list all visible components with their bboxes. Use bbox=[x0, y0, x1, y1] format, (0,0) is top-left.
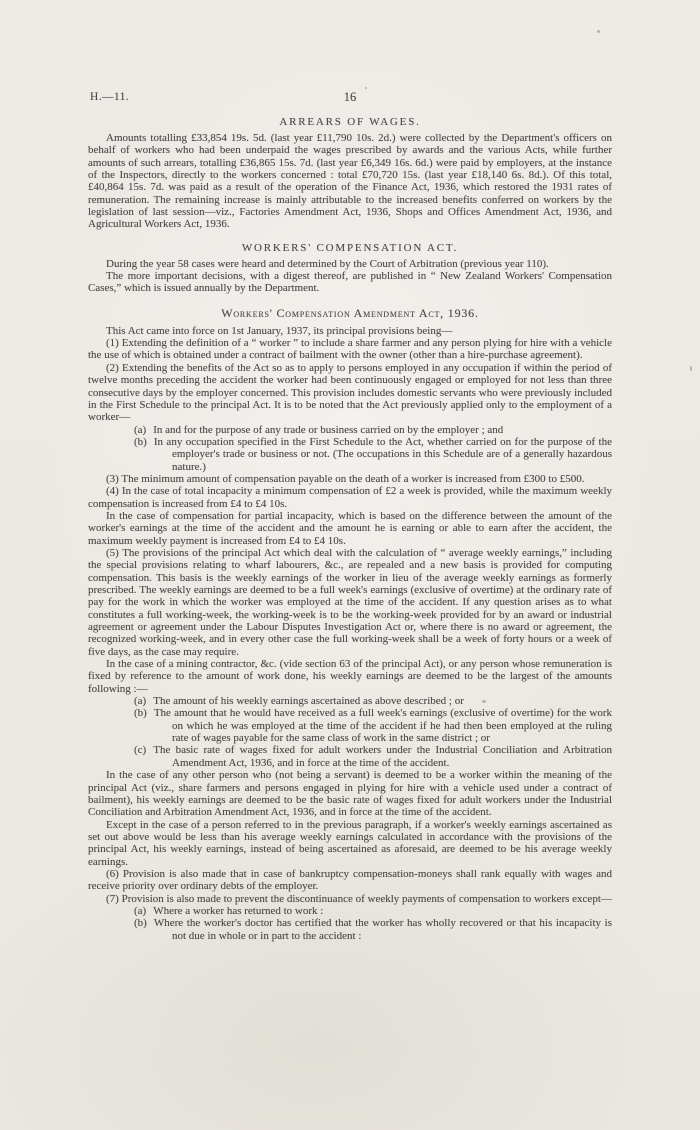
paragraph-provision-7: (7) Provision is also made to prevent th… bbox=[88, 893, 612, 905]
list-item-text: Where a worker has returned to work : bbox=[153, 905, 323, 917]
paragraph-mining-contractor: In the case of a mining contractor, &c. … bbox=[88, 658, 612, 695]
list-item: (a)In and for the purpose of any trade o… bbox=[88, 424, 612, 436]
paragraph-provision-3: (3) The minimum amount of compensation p… bbox=[88, 473, 612, 485]
list-item-text: Where the worker's doctor has certified … bbox=[154, 917, 612, 941]
paragraph-other-person: In the case of any other person who (not… bbox=[88, 769, 612, 818]
document-body: ARREARS OF WAGES. Amounts totalling £33,… bbox=[88, 116, 612, 942]
page-number: 16 bbox=[88, 90, 612, 105]
list-item: (b)The amount that he would have receive… bbox=[88, 707, 612, 744]
list-item: (c)The basic rate of wages fixed for adu… bbox=[88, 744, 612, 769]
paragraph-partial-incapacity: In the case of compensation for partial … bbox=[88, 510, 612, 547]
paragraph-act-into-force: This Act came into force on 1st January,… bbox=[88, 325, 612, 337]
list-item-text: In any occupation specified in the First… bbox=[154, 436, 612, 473]
list-item-label: (a) bbox=[134, 424, 146, 436]
list-item-label: (b) bbox=[134, 707, 147, 719]
paragraph-provision-5: (5) The provisions of the principal Act … bbox=[88, 547, 612, 658]
paragraph-provision-4: (4) In the case of total incapacity a mi… bbox=[88, 485, 612, 510]
subsection-heading-amendment-act-1936: Workers' Compensation Amendment Act, 193… bbox=[88, 306, 612, 321]
page-header: H.—11. 16 bbox=[88, 90, 612, 105]
list-item: (b)Where the worker's doctor has certifi… bbox=[88, 917, 612, 942]
scan-speck bbox=[365, 87, 367, 89]
list-item-label: (b) bbox=[134, 436, 147, 448]
scan-speck bbox=[690, 366, 692, 371]
list-item-label: (b) bbox=[134, 917, 147, 929]
paragraph-provision-6: (6) Provision is also made that in case … bbox=[88, 868, 612, 893]
list-item-label: (c) bbox=[134, 744, 146, 756]
list-item-text: The amount that he would have received a… bbox=[154, 707, 612, 744]
paragraph-provision-1: (1) Extending the definition of a “ work… bbox=[88, 337, 612, 362]
list-item-text: In and for the purpose of any trade or b… bbox=[153, 424, 503, 436]
document-reference: H.—11. bbox=[90, 91, 129, 103]
section-heading-workers-compensation-act: WORKERS' COMPENSATION ACT. bbox=[88, 242, 612, 254]
paragraph-important-decisions: The more important decisions, with a dig… bbox=[88, 270, 612, 295]
scan-speck bbox=[597, 30, 600, 33]
paragraph-arrears-amounts: Amounts totalling £33,854 19s. 5d. (last… bbox=[88, 132, 612, 231]
list-item-text: The basic rate of wages fixed for adult … bbox=[153, 744, 612, 768]
list-item: (a)The amount of his weekly earnings asc… bbox=[88, 695, 612, 707]
list-item-text: The amount of his weekly earnings ascert… bbox=[153, 695, 464, 707]
list-item: (a)Where a worker has returned to work : bbox=[88, 905, 612, 917]
list-item-label: (a) bbox=[134, 905, 146, 917]
scanned-document-page: H.—11. 16 ARREARS OF WAGES. Amounts tota… bbox=[0, 0, 700, 1130]
scan-speck bbox=[482, 700, 486, 703]
paragraph-provision-2: (2) Extending the benefits of the Act so… bbox=[88, 362, 612, 424]
list-item-label: (a) bbox=[134, 695, 146, 707]
section-heading-arrears-of-wages: ARREARS OF WAGES. bbox=[88, 116, 612, 128]
list-item: (b)In any occupation specified in the Fi… bbox=[88, 436, 612, 473]
paragraph-except-case: Except in the case of a person referred … bbox=[88, 819, 612, 868]
paragraph-cases-heard: During the year 58 cases were heard and … bbox=[88, 258, 612, 270]
